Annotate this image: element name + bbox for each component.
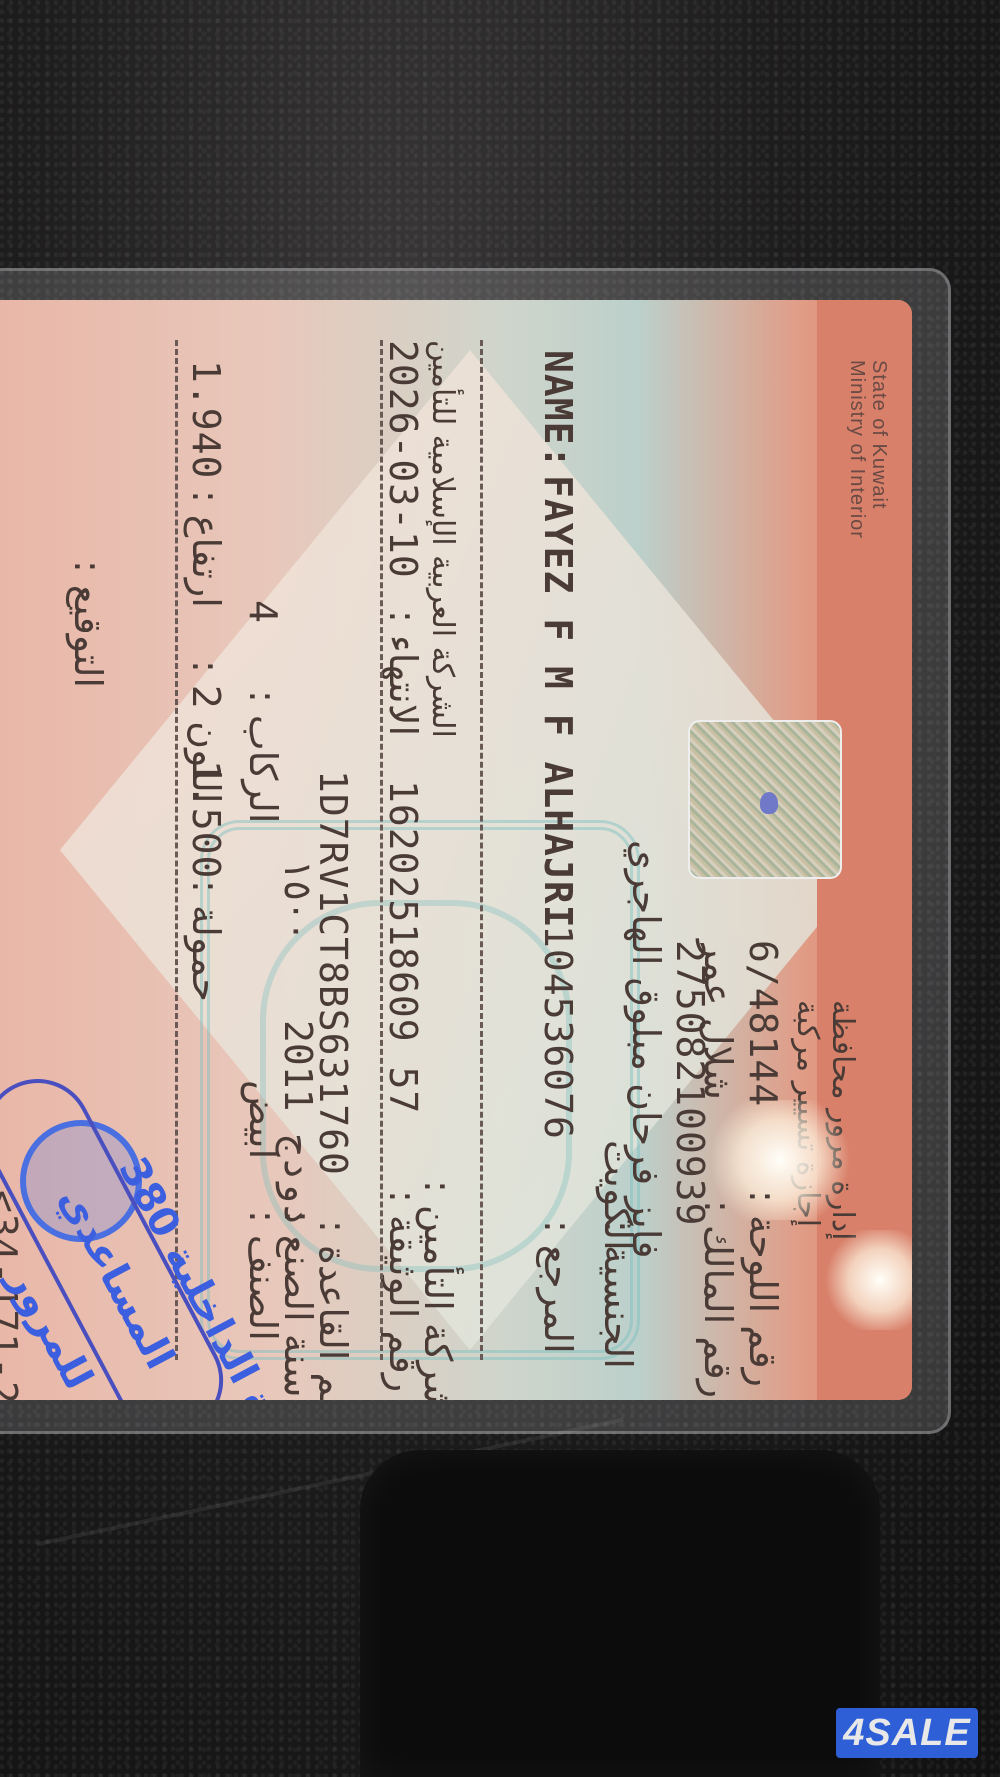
height-value: 1.940 [184, 360, 228, 479]
payload-value: 1.500 [184, 760, 228, 879]
insurer-value: الشركة العربية الإسلامية للتأمين [425, 340, 460, 738]
expiry-label: الانتهاء : [381, 610, 425, 736]
reference-value: 104536076 [536, 925, 580, 1140]
light-glare-2 [820, 1230, 912, 1330]
owner-label: رقم المالك : [696, 1200, 740, 1398]
plate-value: 6/48144 [741, 940, 785, 1107]
payload-label: حمولة : [184, 880, 228, 1002]
divider-dashed-1 [480, 340, 483, 1360]
divider-dashed-2 [380, 340, 383, 1360]
type-label: الصنف : [241, 1210, 285, 1341]
reference-label: المرجع : [536, 1220, 580, 1354]
plate-label: رقم اللوحة : [741, 1190, 785, 1387]
engine-cc: ١٥٠٠ [276, 860, 320, 942]
civil-id: 275082100939 [668, 940, 712, 1227]
passengers-value: 4 [241, 600, 285, 624]
nationality-label: الجنسية : [596, 1220, 640, 1369]
policy-label: رقم الوثيقة : [381, 1190, 425, 1392]
expiry-value: 2026-03-10 [381, 340, 425, 579]
vehicle-registration-card: State of Kuwait Ministry of Interior إدا… [0, 300, 912, 1400]
name-value: FAYEZ F M F ALHAJRI [536, 475, 580, 929]
policy-value: 16202518609 57 [381, 780, 425, 1114]
height-label: ارتفاع : [184, 490, 228, 608]
car-seat [360, 1450, 880, 1777]
hologram-emblem-icon [760, 792, 778, 814]
name-label: NAME: [536, 350, 580, 469]
issuer-en-line1: State of Kuwait [867, 360, 890, 510]
signature-label: التوقيع : [66, 560, 110, 688]
4sale-watermark-logo: 4SALE [836, 1708, 978, 1758]
passengers-label: الركاب : [241, 690, 285, 823]
hologram-seal [688, 720, 842, 879]
issuer-en-line2: Ministry of Interior [845, 360, 868, 539]
type-value: ابيض [241, 1080, 285, 1159]
